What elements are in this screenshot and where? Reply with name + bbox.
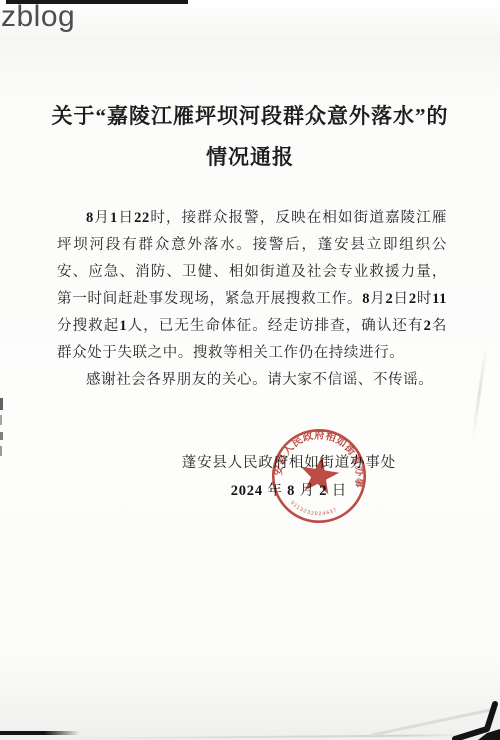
paper-edge-mark bbox=[0, 432, 3, 440]
paragraph-incident: 8月1日22时，接群众报警，反映在相如街道嘉陵江雁坪坝河段有群众意外落水。接警后… bbox=[57, 205, 447, 367]
title-line-2: 情况通报 bbox=[20, 137, 480, 178]
paragraph-thanks: 感谢社会各界朋友的关心。请大家不信谣、不传谣。 bbox=[57, 367, 447, 394]
document-title: 关于“嘉陵江雁坪坝河段群众意外落水”的 情况通报 bbox=[20, 96, 480, 178]
official-seal: 蓬安县人民政府相如街道办事处 5113232024637 bbox=[255, 412, 383, 540]
document-body: 8月1日22时，接群众报警，反映在相如街道嘉陵江雁坪坝河段有群众意外落水。接警后… bbox=[57, 205, 447, 394]
document-page: zblog 关于“嘉陵江雁坪坝河段群众意外落水”的 情况通报 8月1日22时，接… bbox=[0, 0, 500, 740]
paper-edge-mark bbox=[0, 415, 2, 425]
paper-crease bbox=[471, 345, 487, 439]
paper-edge-mark bbox=[0, 398, 3, 410]
paper-edge-mark bbox=[0, 446, 2, 456]
seal-star-icon bbox=[297, 453, 341, 496]
photo-bottom-left-edge bbox=[0, 731, 80, 735]
zblog-logo[interactable]: zblog bbox=[1, 0, 75, 34]
seal-code: 5113232024637 bbox=[288, 500, 340, 521]
title-line-1: 关于“嘉陵江雁坪坝河段群众意外落水”的 bbox=[20, 96, 480, 137]
photo-bottom-right-corner bbox=[370, 700, 500, 740]
